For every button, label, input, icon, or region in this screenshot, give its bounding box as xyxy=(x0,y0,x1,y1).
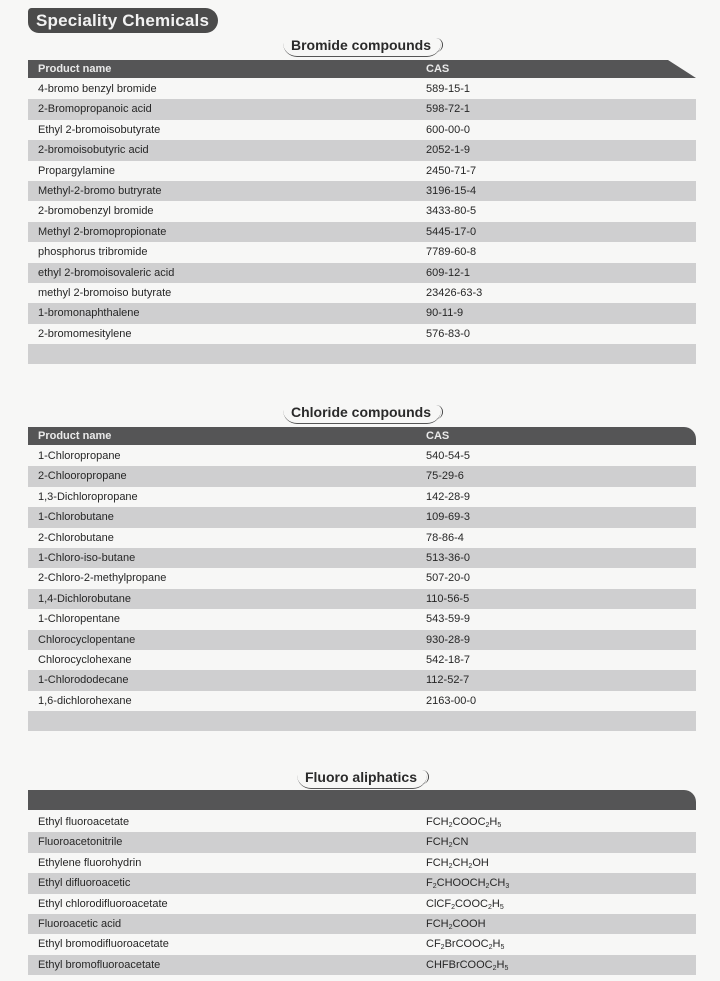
chloride-table-header: Product name CAS xyxy=(28,427,696,445)
formula-cell: FCH2CN xyxy=(426,832,468,852)
table-row: 2-Chloro-2-methylpropane507-20-0 xyxy=(28,568,696,588)
formula-cell: FCH2COOH xyxy=(426,914,486,934)
product-name-cell: 2-bromomesitylene xyxy=(38,324,132,344)
cas-cell: 2052-1-9 xyxy=(426,140,470,160)
cas-cell: 2450-71-7 xyxy=(426,161,476,181)
product-name-cell: 1,4-Dichlorobutane xyxy=(38,589,131,609)
table-row: Ethyl chlorodifluoroacetateClCF2COOC2H5 xyxy=(28,894,696,914)
product-name-cell: 1,3-Dichloropropane xyxy=(38,487,138,507)
table-row: Methyl 2-bromopropionate5445-17-0 xyxy=(28,222,696,242)
fluoro-table-header xyxy=(28,790,696,810)
cas-cell: 600-00-0 xyxy=(426,120,470,140)
table-row: Ethyl difluoroaceticF2CHOOCH2CH3 xyxy=(28,873,696,893)
product-name-cell: Methyl 2-bromopropionate xyxy=(38,222,166,242)
table-footer-band xyxy=(28,344,696,364)
table-row: 2-bromomesitylene576-83-0 xyxy=(28,324,696,344)
bromide-table-body: 4-bromo benzyl bromide589-15-12-Bromopro… xyxy=(28,79,696,364)
product-name-cell: 1-bromonaphthalene xyxy=(38,303,140,323)
formula-cell: FCH2COOC2H5 xyxy=(426,812,501,832)
cas-cell: 609-12-1 xyxy=(426,263,470,283)
product-name-cell: Chlorocyclohexane xyxy=(38,650,132,670)
table-row: Fluoroacetic acidFCH2COOH xyxy=(28,914,696,934)
product-name-cell: Fluoroacetic acid xyxy=(38,914,121,934)
table-row: 2-bromobenzyl bromide3433-80-5 xyxy=(28,201,696,221)
table-row: 1-Chlorododecane112-52-7 xyxy=(28,670,696,690)
formula-cell: CHFBrCOOC2H5 xyxy=(426,955,508,975)
table-row: Ethyl bromofluoroacetateCHFBrCOOC2H5 xyxy=(28,955,696,975)
table-row: 1,6-dichlorohexane2163-00-0 xyxy=(28,691,696,711)
product-name-cell: Methyl-2-bromo butryrate xyxy=(38,181,162,201)
table-row: Methyl-2-bromo butryrate3196-15-4 xyxy=(28,181,696,201)
formula-cell: CF2BrCOOC2H5 xyxy=(426,934,504,954)
product-name-cell: 1-Chloro-iso-butane xyxy=(38,548,135,568)
fluoro-table-body: Ethyl fluoroacetateFCH2COOC2H5Fluoroacet… xyxy=(28,812,696,975)
product-name-cell: Chlorocyclopentane xyxy=(38,630,135,650)
column-header-cas: CAS xyxy=(426,427,449,446)
product-name-cell: 1-Chlorododecane xyxy=(38,670,129,690)
cas-cell: 3196-15-4 xyxy=(426,181,476,201)
column-header-cas: CAS xyxy=(426,60,449,79)
table-row: 4-bromo benzyl bromide589-15-1 xyxy=(28,79,696,99)
table-row: 1,4-Dichlorobutane110-56-5 xyxy=(28,589,696,609)
cas-cell: 109-69-3 xyxy=(426,507,470,527)
product-name-cell: methyl 2-bromoiso butyrate xyxy=(38,283,171,303)
cas-cell: 598-72-1 xyxy=(426,99,470,119)
table-row: 1-Chloropropane540-54-5 xyxy=(28,446,696,466)
chloride-section-title: Chloride compounds xyxy=(28,403,696,423)
product-name-cell: Ethyl chlorodifluoroacetate xyxy=(38,894,168,914)
product-name-cell: 2-bromoisobutyric acid xyxy=(38,140,149,160)
cas-cell: 540-54-5 xyxy=(426,446,470,466)
table-row: 1-Chloro-iso-butane513-36-0 xyxy=(28,548,696,568)
table-row: 2-Bromopropanoic acid598-72-1 xyxy=(28,99,696,119)
table-row: 1,3-Dichloropropane142-28-9 xyxy=(28,487,696,507)
cas-cell: 23426-63-3 xyxy=(426,283,482,303)
product-name-cell: Ethyl fluoroacetate xyxy=(38,812,129,832)
table-row: FluoroacetonitrileFCH2CN xyxy=(28,832,696,852)
column-header-product-name: Product name xyxy=(38,427,111,446)
bromide-section-title: Bromide compounds xyxy=(28,36,696,56)
product-name-cell: 2-Chloro-2-methylpropane xyxy=(38,568,166,588)
product-name-cell: phosphorus tribromide xyxy=(38,242,147,262)
table-row: Ethyl bromodifluoroacetateCF2BrCOOC2H5 xyxy=(28,934,696,954)
cas-cell: 110-56-5 xyxy=(426,589,469,609)
table-row: 1-bromonaphthalene90-11-9 xyxy=(28,303,696,323)
formula-cell: FCH2CH2OH xyxy=(426,853,489,873)
table-row: 1-Chloropentane543-59-9 xyxy=(28,609,696,629)
cas-cell: 543-59-9 xyxy=(426,609,470,629)
cas-cell: 142-28-9 xyxy=(426,487,470,507)
cas-cell: 3433-80-5 xyxy=(426,201,476,221)
bromide-table-header: Product name CAS xyxy=(28,60,696,78)
product-name-cell: 2-Chlooropropane xyxy=(38,466,127,486)
chloride-table-body: 1-Chloropropane540-54-52-Chlooropropane7… xyxy=(28,446,696,731)
cas-cell: 90-11-9 xyxy=(426,303,463,323)
cas-cell: 507-20-0 xyxy=(426,568,470,588)
table-row: Ethyl fluoroacetateFCH2COOC2H5 xyxy=(28,812,696,832)
product-name-cell: 1-Chloropropane xyxy=(38,446,121,466)
cas-cell: 513-36-0 xyxy=(426,548,470,568)
cas-cell: 112-52-7 xyxy=(426,670,469,690)
cas-cell: 542-18-7 xyxy=(426,650,470,670)
table-row: phosphorus tribromide7789-60-8 xyxy=(28,242,696,262)
table-row: Chlorocyclopentane930-28-9 xyxy=(28,630,696,650)
table-footer-band xyxy=(28,711,696,731)
product-name-cell: Ethylene fluorohydrin xyxy=(38,853,141,873)
product-name-cell: Ethyl difluoroacetic xyxy=(38,873,130,893)
cas-cell: 2163-00-0 xyxy=(426,691,476,711)
product-name-cell: 2-Chlorobutane xyxy=(38,528,114,548)
table-row: 2-Chlorobutane78-86-4 xyxy=(28,528,696,548)
product-name-cell: 1-Chlorobutane xyxy=(38,507,114,527)
table-row: Ethyl 2-bromoisobutyrate600-00-0 xyxy=(28,120,696,140)
formula-cell: ClCF2COOC2H5 xyxy=(426,894,504,914)
product-name-cell: 4-bromo benzyl bromide xyxy=(38,79,157,99)
table-row: 1-Chlorobutane109-69-3 xyxy=(28,507,696,527)
product-name-cell: Ethyl bromodifluoroacetate xyxy=(38,934,169,954)
product-name-cell: ethyl 2-bromoisovaleric acid xyxy=(38,263,174,283)
cas-cell: 75-29-6 xyxy=(426,466,464,486)
table-row: Ethylene fluorohydrinFCH2CH2OH xyxy=(28,853,696,873)
table-row: Chlorocyclohexane542-18-7 xyxy=(28,650,696,670)
cas-cell: 5445-17-0 xyxy=(426,222,476,242)
product-name-cell: 1,6-dichlorohexane xyxy=(38,691,132,711)
cas-cell: 930-28-9 xyxy=(426,630,470,650)
product-name-cell: 1-Chloropentane xyxy=(38,609,120,629)
table-row: methyl 2-bromoiso butyrate23426-63-3 xyxy=(28,283,696,303)
cas-cell: 7789-60-8 xyxy=(426,242,476,262)
product-name-cell: Ethyl bromofluoroacetate xyxy=(38,955,160,975)
cas-cell: 78-86-4 xyxy=(426,528,464,548)
product-name-cell: Ethyl 2-bromoisobutyrate xyxy=(38,120,160,140)
column-header-product-name: Product name xyxy=(38,60,111,79)
fluoro-section-title: Fluoro aliphatics xyxy=(28,768,696,788)
table-row: 2-bromoisobutyric acid2052-1-9 xyxy=(28,140,696,160)
product-name-cell: 2-Bromopropanoic acid xyxy=(38,99,152,119)
cas-cell: 589-15-1 xyxy=(426,79,470,99)
product-name-cell: Propargylamine xyxy=(38,161,115,181)
table-row: Propargylamine2450-71-7 xyxy=(28,161,696,181)
table-row: 2-Chlooropropane75-29-6 xyxy=(28,466,696,486)
formula-cell: F2CHOOCH2CH3 xyxy=(426,873,509,893)
product-name-cell: 2-bromobenzyl bromide xyxy=(38,201,154,221)
page-title: Speciality Chemicals xyxy=(28,8,218,33)
table-row: ethyl 2-bromoisovaleric acid609-12-1 xyxy=(28,263,696,283)
product-name-cell: Fluoroacetonitrile xyxy=(38,832,122,852)
cas-cell: 576-83-0 xyxy=(426,324,470,344)
